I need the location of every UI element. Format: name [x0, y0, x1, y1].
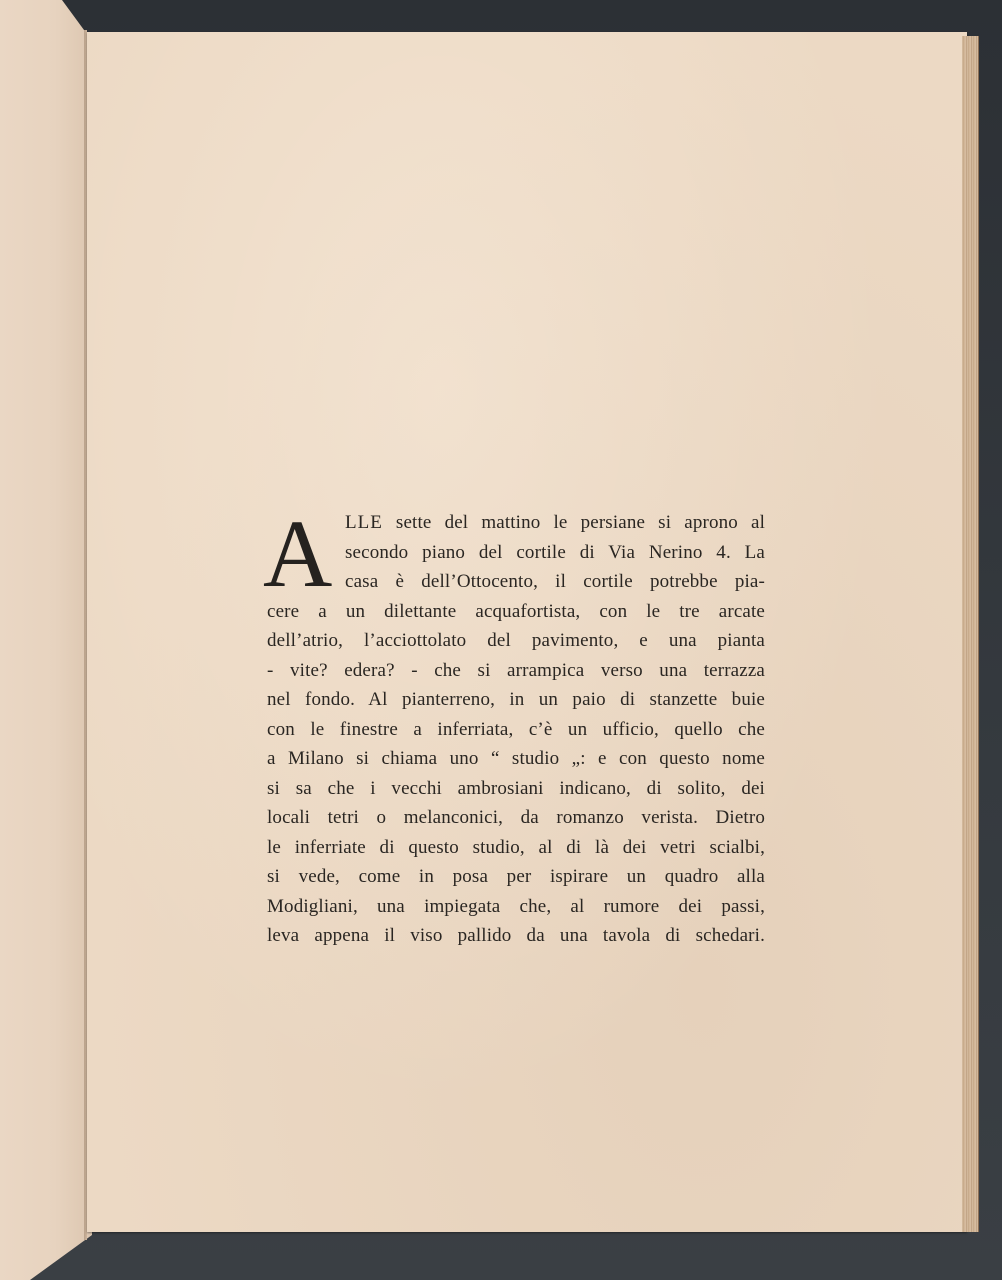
- text-line-10: si sa che i vecchi ambrosiani indicano, …: [267, 774, 765, 804]
- text-line-11: locali tetri o melanconici, da romanzo v…: [267, 803, 765, 833]
- text-line-8: con le finestre a inferriata, c’è un uff…: [267, 715, 765, 745]
- drop-cap: A: [263, 514, 332, 594]
- text-line-9: a Milano si chiama uno “ studio „: e con…: [267, 744, 765, 774]
- text-line-5: dell’atrio, l’acciottolato del pavimento…: [267, 626, 765, 656]
- text-line-7: nel fondo. Al pianterreno, in un paio di…: [267, 685, 765, 715]
- text-line-6: - vite? edera? - che si arrampica verso …: [267, 656, 765, 686]
- body-text: A LLE sette del mattino le persiane si a…: [267, 508, 765, 951]
- text-line-2: secondo piano del cortile di Via Nerino …: [267, 538, 765, 568]
- text-line-3: casa è dell’Ottocento, il cortile potreb…: [267, 567, 765, 597]
- text-line-12: le inferriate di questo studio, al di là…: [267, 833, 765, 863]
- page-edges: [962, 36, 979, 1232]
- text-line-15: leva appena il viso pallido da una tavol…: [267, 921, 765, 951]
- text-line-1: LLE sette del mattino le persiane si apr…: [267, 508, 765, 538]
- left-page: [0, 0, 92, 1280]
- lead-in: LLE: [345, 512, 383, 533]
- text-line-4: cere a un dilettante acquafortista, con …: [267, 597, 765, 627]
- text-line-14: Modigliani, una impiegata che, al rumore…: [267, 892, 765, 922]
- text-line-13: si vede, come in posa per ispirare un qu…: [267, 862, 765, 892]
